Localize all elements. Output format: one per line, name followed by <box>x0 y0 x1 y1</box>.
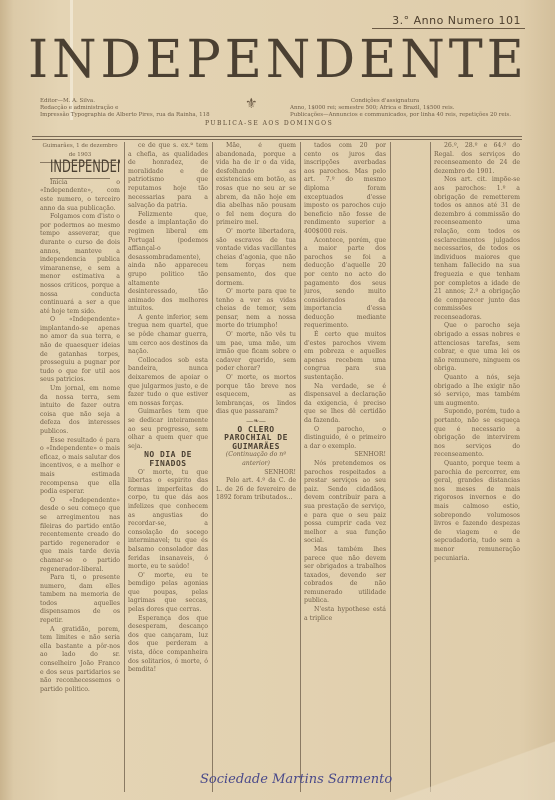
paragraph: Folgamos com d'isto o por podermos ao me… <box>40 213 120 316</box>
paragraph: O' morte, os mortos porque tão breve nos… <box>216 374 296 417</box>
column-3: Mãe, é quem abandonada, porque a vida ha… <box>216 142 296 762</box>
paragraph: Na verdade, se é dispensavel a declaraçã… <box>304 383 386 426</box>
newspaper-page: 3.° Anno Numero 101 INDEPENDENTE Editor—… <box>0 0 555 800</box>
paragraph: O' morte libertadora, são escravos de tu… <box>216 228 296 288</box>
paragraph: Pelo art. 4.º da C. de L. de 26 de fever… <box>216 477 296 503</box>
paragraph: Que o parocho seja obrigado a essas nobr… <box>434 322 520 374</box>
paragraph: 26.º, 28.º e 64.º do Regal. dos serviços… <box>434 142 520 176</box>
paragraph: O' morte, eu te bemdigo pelas agonias qu… <box>128 572 208 615</box>
masthead-title: INDEPENDENTE <box>28 32 518 88</box>
paragraph: O «Independente» implantando-se apenas n… <box>40 316 120 385</box>
continuation-note: (Continuação do nº anterior) <box>216 451 296 468</box>
printer-line: Impressão Typographia de Alberto Pires, … <box>40 112 210 119</box>
column-5: 26.º, 28.º e 64.º do Regal. dos serviços… <box>434 142 520 742</box>
paragraph: ce de que s. ex.ª tem a chefia, as quali… <box>128 142 208 211</box>
paragraph: Um jornal, em nome da nossa terra, sem i… <box>40 385 120 437</box>
paragraph: Supondo, porém, tudo a portanto, não se … <box>434 408 520 460</box>
paragraph: Nós pretendemos os parochos respeitados … <box>304 460 386 546</box>
article-heading: NO DIA DE FINADOS <box>128 451 208 468</box>
publication-schedule: PUBLICA-SE AOS DOMINGOS <box>205 120 333 127</box>
paragraph: Guimarães tem que se dedicar inteirament… <box>128 408 208 451</box>
publication-prices: Publicações—Annuncios e communicados, po… <box>290 112 520 119</box>
paragraph: Inicia o «Independente», com este numero… <box>40 179 120 213</box>
paragraph: O' morte para que te tenho a ver as vida… <box>216 288 296 331</box>
column-title: INDEPENDENTE <box>50 163 110 179</box>
column-divider <box>124 142 125 792</box>
column-divider <box>390 142 391 792</box>
header-rule-2 <box>32 139 522 140</box>
paragraph: O parocho, o distinguido, é o primeiro a… <box>304 426 386 452</box>
paragraph: N'esta hypothese está a triplice <box>304 606 386 623</box>
column-2: ce de que s. ex.ª tem a chefia, as quali… <box>128 142 208 782</box>
paragraph: O' morte, tu que libertas o espirito das… <box>128 469 208 572</box>
paragraph: É certo que muitos d'estes parochos vive… <box>304 331 386 383</box>
editorial-info: Editor—M. A. Silva. Redacção e administr… <box>40 98 210 119</box>
salutation: SENHOR! <box>216 469 296 478</box>
paragraph: Para ti, o presente numero, dam elles ta… <box>40 574 120 626</box>
paragraph: Nos art. cit. impõe-se aos parochos: 1.º… <box>434 176 520 322</box>
subscription-info: Condições d'assignatura Anno, 1$000 rei;… <box>290 98 520 119</box>
paragraph: Mas também lhes parece que não devem ser… <box>304 546 386 606</box>
paragraph: Acontece, porém, que a maior parte dos p… <box>304 237 386 332</box>
paragraph: O' morte, não vês tu um pae, uma mãe, um… <box>216 331 296 374</box>
subscription-title: Condições d'assignatura <box>250 98 520 105</box>
paragraph: Collocados sob esta bandeira, nunca deix… <box>128 357 208 409</box>
article-heading: O CLERO PAROCHIAL DE GUIMARÃES <box>216 426 296 452</box>
column-4: tados com 20 por cento os juros das insc… <box>304 142 386 762</box>
paragraph: tados com 20 por cento os juros das insc… <box>304 142 386 237</box>
column-1: Guimarães, 1 de dezembro de 1903 INDEPEN… <box>40 142 120 762</box>
paragraph: Mãe, é quem abandonada, porque a vida ha… <box>216 142 296 228</box>
paragraph: Felizmente que, desde a implantação do r… <box>128 211 208 314</box>
library-stamp: Sociedade Martins Sarmento <box>200 772 392 787</box>
subscription-prices: Anno, 1$000 rei; semestre 500; Africa e … <box>290 105 520 112</box>
editor-line: Editor—M. A. Silva. <box>40 98 210 105</box>
paragraph: Esse resultado é para o «Independente» o… <box>40 437 120 497</box>
paragraph: Quanto a nós, seja obrigado a lhe exigir… <box>434 374 520 408</box>
folded-corner <box>395 740 555 800</box>
redaccao-line: Redacção e administração e <box>40 105 210 112</box>
column-divider <box>212 142 213 792</box>
header-rule <box>32 136 522 137</box>
paragraph: O «Independente» desde o seu começo que … <box>40 497 120 574</box>
paragraph: Quanto, porque teem a parochia de percor… <box>434 460 520 563</box>
paragraph: Esperança dos que desesperam, descanço d… <box>128 615 208 675</box>
salutation: SENHOR! <box>304 451 386 460</box>
column-divider <box>300 142 301 792</box>
paragraph: A gente inferior, sem tregua nem quartel… <box>128 314 208 357</box>
column-divider <box>430 142 431 792</box>
paragraph: A gratidão, porem, tem limites e não ser… <box>40 626 120 695</box>
issue-number: 3.° Anno Numero 101 <box>372 14 525 29</box>
